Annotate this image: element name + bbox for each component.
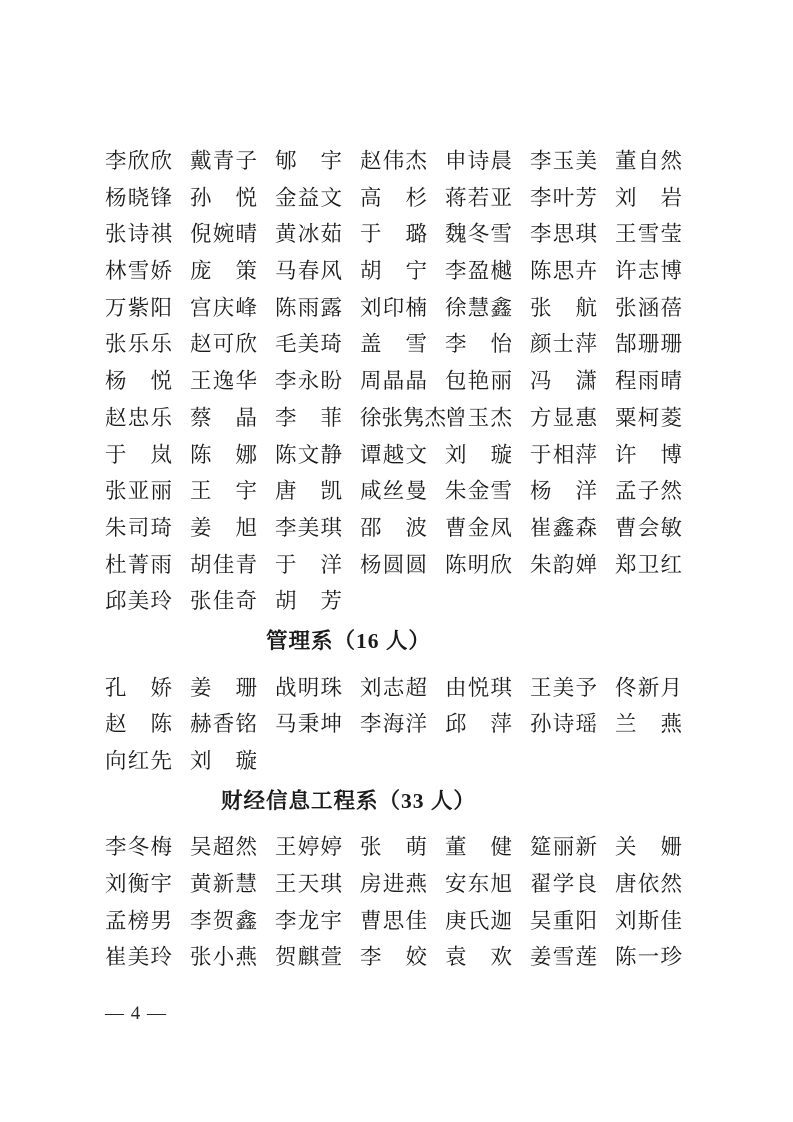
name-char: 斯: [638, 903, 660, 940]
name-char: 雪: [490, 216, 512, 253]
name-char: 庞: [190, 253, 212, 290]
name-char: 盈: [468, 253, 490, 290]
name-char: 进: [383, 866, 405, 903]
name-char: 胡: [360, 253, 382, 290]
name-char: 高: [360, 180, 382, 217]
name-cell: 马秉坤: [275, 706, 342, 743]
name-char: 圆: [383, 547, 405, 584]
name-row: 于岚陈娜陈文静谭越文刘璇于相萍许博: [105, 437, 684, 474]
name-char: 陈: [275, 437, 297, 474]
name-char: 阳: [575, 903, 597, 940]
name-char: 王: [190, 363, 212, 400]
name-char: 新: [638, 670, 660, 707]
name-char: 丽: [553, 829, 575, 866]
name-char: 菁: [128, 547, 150, 584]
name-char: 思: [553, 253, 575, 290]
name-char: 邵: [360, 510, 382, 547]
name-char: 亚: [128, 473, 150, 510]
name-char: 盼: [320, 363, 342, 400]
name-char: 超: [213, 829, 235, 866]
name-cell: 董自然: [615, 143, 682, 180]
name-char: 凯: [320, 473, 342, 510]
name-char: 坤: [320, 706, 342, 743]
name-char: 张: [190, 939, 212, 976]
name-cell: 王宇: [190, 473, 257, 510]
name-char: 杨: [360, 547, 382, 584]
name-char: 婉: [213, 216, 235, 253]
name-char: 珊: [638, 326, 660, 363]
name-char: 会: [638, 510, 660, 547]
name-char: 曾: [445, 400, 467, 437]
name-cell: 冯潇: [530, 363, 597, 400]
name-char: 悦: [235, 180, 257, 217]
name-char: 雪: [490, 473, 512, 510]
name-char: 杰: [405, 143, 427, 180]
name-char: 明: [298, 670, 320, 707]
name-char: 李: [530, 143, 552, 180]
name-char: 晶: [405, 363, 427, 400]
name-char: 杉: [405, 180, 427, 217]
name-char: 杰: [425, 400, 447, 437]
name-char: 杰: [490, 400, 512, 437]
name-char: 衡: [128, 866, 150, 903]
name-char: 邱: [105, 583, 127, 620]
name-char: 金: [468, 510, 490, 547]
name-char: 晴: [660, 363, 682, 400]
name-char: 逸: [213, 363, 235, 400]
name-cell: 于璐: [360, 216, 427, 253]
name-char: 张: [105, 216, 127, 253]
name-char: 玉: [468, 400, 490, 437]
name-cell: 由悦琪: [445, 670, 512, 707]
name-char: 樾: [490, 253, 512, 290]
name-cell: 陈明欣: [445, 547, 512, 584]
name-char: 晓: [128, 180, 150, 217]
name-char: 筵: [530, 829, 552, 866]
name-char: 秉: [298, 706, 320, 743]
name-cell: 胡宁: [360, 253, 427, 290]
name-row: 杨悦王逸华李永盼周晶晶包艳丽冯潇程雨晴: [105, 363, 684, 400]
name-char: 萌: [405, 829, 427, 866]
name-char: 王: [190, 473, 212, 510]
name-char: 芳: [575, 180, 597, 217]
name-cell: 李菲: [275, 400, 342, 437]
name-char: 马: [275, 706, 297, 743]
name-char: 凤: [490, 510, 512, 547]
name-char: 琦: [320, 326, 342, 363]
name-cell: 李贺鑫: [190, 903, 257, 940]
name-char: 新: [213, 866, 235, 903]
name-char: 萍: [575, 437, 597, 474]
name-char: 然: [660, 143, 682, 180]
name-char: 冬: [128, 829, 150, 866]
name-char: 潇: [575, 363, 597, 400]
name-char: 庆: [213, 290, 235, 327]
name-row: 刘衡宇黄新慧王天琪房进燕安东旭翟学良唐依然: [105, 866, 684, 903]
name-char: 森: [575, 510, 597, 547]
name-char: 乐: [150, 400, 172, 437]
name-cell: 翟学良: [530, 866, 597, 903]
name-char: 于: [275, 547, 297, 584]
name-char: 赵: [360, 143, 382, 180]
name-row: 向红先刘璇: [105, 743, 684, 780]
name-char: 冯: [530, 363, 552, 400]
name-cell: 谭越文: [360, 437, 427, 474]
name-char: 依: [638, 866, 660, 903]
name-char: 陈: [190, 437, 212, 474]
name-char: 然: [235, 829, 257, 866]
name-char: 琪: [575, 216, 597, 253]
name-char: 璇: [235, 743, 257, 780]
name-char: 婷: [298, 829, 320, 866]
name-char: 策: [235, 253, 257, 290]
name-char: 邱: [445, 706, 467, 743]
name-char: 崔: [530, 510, 552, 547]
name-char: 李: [190, 903, 212, 940]
name-char: 娇: [150, 670, 172, 707]
name-char: 佟: [615, 670, 637, 707]
name-char: 一: [638, 939, 660, 976]
name-char: 诗: [553, 706, 575, 743]
name-char: 欣: [150, 143, 172, 180]
name-char: 方: [530, 400, 552, 437]
name-cell: 盖雪: [360, 326, 427, 363]
name-char: 海: [383, 706, 405, 743]
name-char: 晴: [235, 216, 257, 253]
name-char: 隽: [403, 400, 425, 437]
name-char: 董: [445, 829, 467, 866]
name-cell: 陈雨露: [275, 290, 342, 327]
name-char: 鑫: [553, 510, 575, 547]
name-char: 唐: [615, 866, 637, 903]
name-char: 乐: [128, 326, 150, 363]
name-char: 子: [638, 473, 660, 510]
name-char: 欢: [490, 939, 512, 976]
name-char: 圆: [405, 547, 427, 584]
name-cell: 李欣欣: [105, 143, 172, 180]
name-char: 王: [275, 829, 297, 866]
name-char: 珠: [320, 670, 342, 707]
name-char: 姗: [660, 829, 682, 866]
name-char: 李: [105, 143, 127, 180]
name-char: 颜: [530, 326, 552, 363]
name-char: 铭: [235, 706, 257, 743]
name-cell: 李姣: [360, 939, 427, 976]
name-cell: 郜珊珊: [615, 326, 682, 363]
section-heading: 财经信息工程系（33 人）: [105, 783, 592, 820]
name-row: 孔娇姜珊战明珠刘志超由悦琪王美予佟新月: [105, 670, 684, 707]
name-cell: 李龙宇: [275, 903, 342, 940]
name-char: 金: [468, 473, 490, 510]
name-cell: 王雪莹: [615, 216, 682, 253]
name-char: 赫: [190, 706, 212, 743]
name-char: 司: [128, 510, 150, 547]
name-cell: 崔美玲: [105, 939, 172, 976]
name-char: 粟: [615, 400, 637, 437]
name-char: 良: [575, 866, 597, 903]
name-char: 杜: [105, 547, 127, 584]
name-char: 芳: [320, 583, 342, 620]
name-char: 紫: [128, 290, 150, 327]
name-char: 韵: [553, 547, 575, 584]
name-char: 陈: [150, 706, 172, 743]
name-char: 露: [320, 290, 342, 327]
name-char: 迦: [490, 903, 512, 940]
name-char: 红: [128, 743, 150, 780]
name-cell: 杨洋: [530, 473, 597, 510]
name-cell: 姜雪莲: [530, 939, 597, 976]
name-cell: 曾玉杰: [445, 400, 512, 437]
name-row: 张乐乐赵可欣毛美琦盖雪李怡颜士萍郜珊珊: [105, 326, 684, 363]
name-cell: 蒋若亚: [445, 180, 512, 217]
name-cell: 刘璇: [445, 437, 512, 474]
name-row: 张亚丽王宇唐凯咸丝曼朱金雪杨洋孟子然: [105, 473, 684, 510]
name-cell: 贺麒萱: [275, 939, 342, 976]
name-char: 青: [213, 143, 235, 180]
name-cell: 杜菁雨: [105, 547, 172, 584]
name-cell: 王婷婷: [275, 829, 342, 866]
name-char: 乐: [150, 326, 172, 363]
name-cell: 王逸华: [190, 363, 257, 400]
name-char: 毛: [275, 326, 297, 363]
name-char: 由: [445, 670, 467, 707]
name-char: 戴: [190, 143, 212, 180]
name-char: 玲: [150, 939, 172, 976]
name-char: 曼: [405, 473, 427, 510]
name-cell: 张小燕: [190, 939, 257, 976]
name-cell: 李海洋: [360, 706, 427, 743]
name-char: 于: [105, 437, 127, 474]
name-cell: 孟榜男: [105, 903, 172, 940]
document-page: 李欣欣戴青子郇宇赵伟杰申诗晨李玉美董自然杨晓锋孙悦金益文高杉蒋若亚李叶芳刘岩张诗…: [0, 0, 793, 1122]
name-char: 美: [128, 939, 150, 976]
name-char: 珍: [660, 939, 682, 976]
name-cell: 朱韵婵: [530, 547, 597, 584]
name-cell: 张乐乐: [105, 326, 172, 363]
name-char: 阳: [150, 290, 172, 327]
name-cell: 战明珠: [275, 670, 342, 707]
name-char: 永: [298, 363, 320, 400]
name-cell: 马春风: [275, 253, 342, 290]
name-char: 男: [150, 903, 172, 940]
name-list: 李欣欣戴青子郇宇赵伟杰申诗晨李玉美董自然杨晓锋孙悦金益文高杉蒋若亚李叶芳刘岩张诗…: [105, 143, 684, 976]
name-row: 朱司琦姜旭李美琪邵波曹金凤崔鑫森曹会敏: [105, 510, 684, 547]
name-cell: 刘璇: [190, 743, 257, 780]
name-char: 健: [490, 829, 512, 866]
name-cell: 杨圆圆: [360, 547, 427, 584]
name-row: 李冬梅吴超然王婷婷张萌董健筵丽新关姗: [105, 829, 684, 866]
name-char: 燕: [405, 866, 427, 903]
name-char: 萱: [320, 939, 342, 976]
name-char: 向: [105, 743, 127, 780]
name-char: 香: [213, 706, 235, 743]
name-char: 曹: [445, 510, 467, 547]
name-char: 士: [553, 326, 575, 363]
section-heading: 管理系（16 人）: [105, 623, 592, 660]
name-char: 宇: [320, 143, 342, 180]
name-cell: 咸丝曼: [360, 473, 427, 510]
name-cell: 孙悦: [190, 180, 257, 217]
name-cell: 赵可欣: [190, 326, 257, 363]
name-cell: 于岚: [105, 437, 172, 474]
name-char: 雨: [298, 290, 320, 327]
name-cell: 吴重阳: [530, 903, 597, 940]
name-cell: 孙诗瑶: [530, 706, 597, 743]
name-char: 张: [105, 473, 127, 510]
name-cell: 黄冰茹: [275, 216, 342, 253]
name-cell: 刘斯佳: [615, 903, 682, 940]
name-char: 麒: [298, 939, 320, 976]
name-char: 雪: [405, 326, 427, 363]
name-cell: 朱司琦: [105, 510, 172, 547]
name-char: 美: [553, 670, 575, 707]
name-char: 谭: [360, 437, 382, 474]
name-char: 姜: [530, 939, 552, 976]
name-cell: 赫香铭: [190, 706, 257, 743]
name-char: 刘: [360, 290, 382, 327]
name-char: 杨: [530, 473, 552, 510]
name-char: 孙: [190, 180, 212, 217]
name-char: 盖: [360, 326, 382, 363]
name-char: 然: [660, 473, 682, 510]
name-row: 赵忠乐蔡晶李菲徐张隽杰曾玉杰方显惠粟柯菱: [105, 400, 684, 437]
name-cell: 李盈樾: [445, 253, 512, 290]
name-char: 姜: [190, 510, 212, 547]
name-char: 菲: [320, 400, 342, 437]
name-char: 风: [320, 253, 342, 290]
name-char: 李: [275, 363, 297, 400]
name-row: 孟榜男李贺鑫李龙宇曹思佳庚氏迦吴重阳刘斯佳: [105, 903, 684, 940]
name-char: 蔡: [190, 400, 212, 437]
name-char: 雨: [638, 363, 660, 400]
name-char: 涵: [638, 290, 660, 327]
name-char: 伟: [383, 143, 405, 180]
name-char: 新: [575, 829, 597, 866]
name-char: 卉: [575, 253, 597, 290]
name-row: 李欣欣戴青子郇宇赵伟杰申诗晨李玉美董自然: [105, 143, 684, 180]
name-cell: 赵忠乐: [105, 400, 172, 437]
name-char: 思: [553, 216, 575, 253]
name-char: 雨: [150, 547, 172, 584]
name-cell: 李美琪: [275, 510, 342, 547]
name-char: 张: [190, 583, 212, 620]
name-cell: 刘志超: [360, 670, 427, 707]
name-char: 张: [615, 290, 637, 327]
name-cell: 袁欢: [445, 939, 512, 976]
name-cell: 林雪娇: [105, 253, 172, 290]
name-char: 志: [638, 253, 660, 290]
name-char: 雪: [553, 939, 575, 976]
name-cell: 姜珊: [190, 670, 257, 707]
page-number: — 4 —: [105, 1003, 167, 1025]
name-char: 青: [235, 547, 257, 584]
name-char: 孟: [105, 903, 127, 940]
name-char: 李: [275, 400, 297, 437]
name-char: 宫: [190, 290, 212, 327]
name-cell: 李思琪: [530, 216, 597, 253]
name-char: 陈: [275, 290, 297, 327]
name-cell: 魏冬雪: [445, 216, 512, 253]
name-cell: 曹会敏: [615, 510, 682, 547]
name-char: 益: [298, 180, 320, 217]
name-cell: 崔鑫森: [530, 510, 597, 547]
name-char: 然: [660, 866, 682, 903]
name-cell: 周晶晶: [360, 363, 427, 400]
name-char: 悦: [468, 670, 490, 707]
name-char: 贺: [275, 939, 297, 976]
name-cell: 刘岩: [615, 180, 682, 217]
name-char: 庚: [445, 903, 467, 940]
name-char: 刘: [190, 743, 212, 780]
name-char: 惠: [575, 400, 597, 437]
name-char: 李: [275, 510, 297, 547]
name-row: 崔美玲张小燕贺麒萱李姣袁欢姜雪莲陈一珍: [105, 939, 684, 976]
name-cell: 唐凯: [275, 473, 342, 510]
name-char: 郜: [615, 326, 637, 363]
name-char: 赵: [105, 400, 127, 437]
name-char: 宁: [405, 253, 427, 290]
name-cell: 李叶芳: [530, 180, 597, 217]
name-cell: 金益文: [275, 180, 342, 217]
name-char: 若: [468, 180, 490, 217]
name-char: 旭: [490, 866, 512, 903]
name-cell: 毛美琦: [275, 326, 342, 363]
name-char: 兰: [615, 706, 637, 743]
name-char: 洋: [320, 547, 342, 584]
name-char: 小: [213, 939, 235, 976]
name-char: 氏: [468, 903, 490, 940]
name-char: 佳: [213, 583, 235, 620]
name-char: 战: [275, 670, 297, 707]
name-char: 欣: [235, 326, 257, 363]
name-cell: 黄新慧: [190, 866, 257, 903]
name-cell: 安东旭: [445, 866, 512, 903]
name-cell: 曹思佳: [360, 903, 427, 940]
name-char: 唐: [275, 473, 297, 510]
name-char: 重: [553, 903, 575, 940]
name-char: 张: [105, 326, 127, 363]
name-cell: 筵丽新: [530, 829, 597, 866]
name-char: 宇: [150, 866, 172, 903]
name-char: 静: [320, 437, 342, 474]
name-char: 雪: [638, 216, 660, 253]
name-char: 婵: [575, 547, 597, 584]
name-char: 天: [298, 866, 320, 903]
name-char: 卫: [638, 547, 660, 584]
name-char: 郑: [615, 547, 637, 584]
name-char: 曹: [615, 510, 637, 547]
name-cell: 姜旭: [190, 510, 257, 547]
name-cell: 包艳丽: [445, 363, 512, 400]
name-char: 文: [298, 437, 320, 474]
name-char: 丝: [383, 473, 405, 510]
name-char: 胡: [190, 547, 212, 584]
name-char: 吴: [530, 903, 552, 940]
name-cell: 陈一珍: [615, 939, 682, 976]
name-char: 明: [468, 547, 490, 584]
name-cell: 方显惠: [530, 400, 597, 437]
name-cell: 董健: [445, 829, 512, 866]
name-cell: 房进燕: [360, 866, 427, 903]
name-char: 蒋: [445, 180, 467, 217]
name-char: 朱: [445, 473, 467, 510]
name-char: 李: [530, 216, 552, 253]
name-char: 赵: [190, 326, 212, 363]
name-char: 学: [553, 866, 575, 903]
name-char: 萍: [575, 326, 597, 363]
name-char: 林: [105, 253, 127, 290]
name-row: 万紫阳宫庆峰陈雨露刘印楠徐慧鑫张航张涵蓓: [105, 290, 684, 327]
